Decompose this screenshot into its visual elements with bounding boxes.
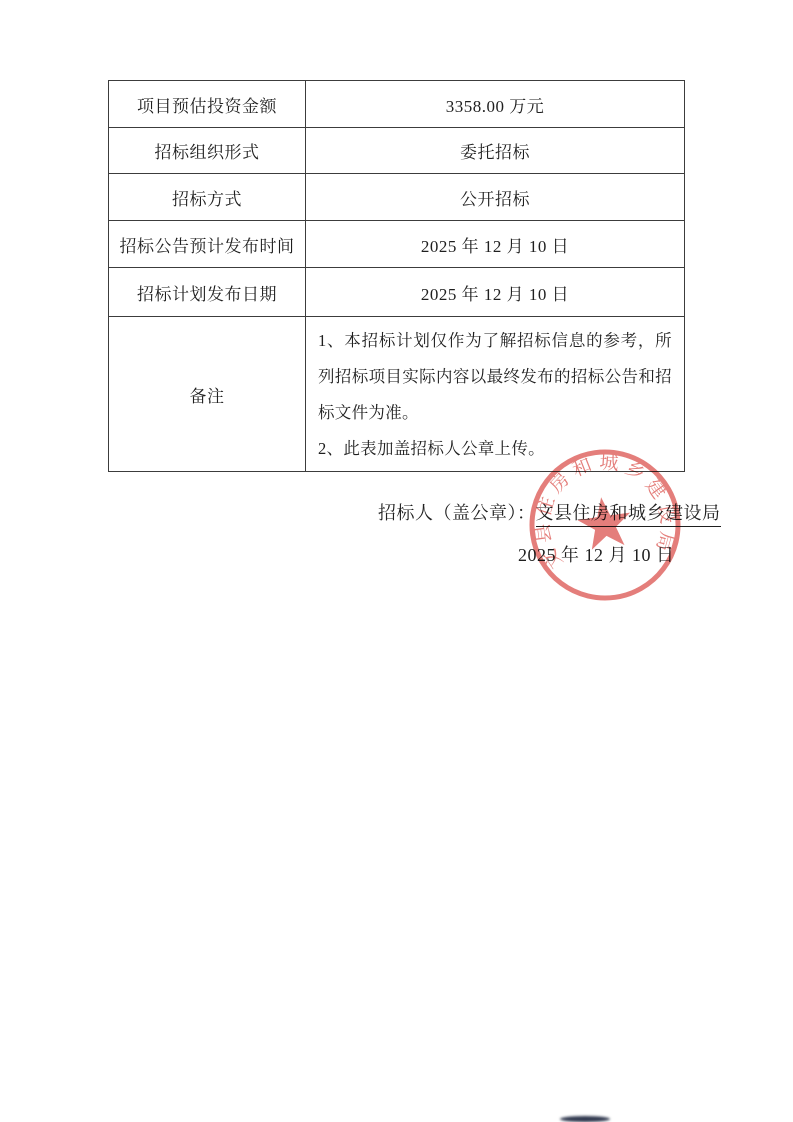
table-row: 招标方式 公开招标 — [109, 174, 685, 221]
row-value-estimated-investment: 3358.00 万元 — [306, 81, 685, 128]
row-value-remarks: 1、本招标计划仅作为了解招标信息的参考，所列招标项目实际内容以最终发布的招标公告… — [306, 317, 685, 472]
table-row: 招标组织形式 委托招标 — [109, 128, 685, 174]
tenderer-label: 招标人（盖公章）： — [378, 503, 536, 523]
scan-artifact-smudge — [560, 1116, 610, 1122]
table-row: 招标计划发布日期 2025 年 12 月 10 日 — [109, 268, 685, 317]
remark-note-1: 1、本招标计划仅作为了解招标信息的参考，所列招标项目实际内容以最终发布的招标公告… — [318, 323, 672, 431]
table-row: 项目预估投资金额 3358.00 万元 — [109, 81, 685, 128]
row-label-tender-method: 招标方式 — [109, 174, 306, 221]
row-label-estimated-investment: 项目预估投资金额 — [109, 81, 306, 128]
table-row: 招标公告预计发布时间 2025 年 12 月 10 日 — [109, 221, 685, 268]
signature-date: 2025 年 12 月 10 日 — [518, 541, 675, 567]
document-page: 项目预估投资金额 3358.00 万元 招标组织形式 委托招标 招标方式 公开招… — [0, 0, 793, 1122]
table-row: 备注 1、本招标计划仅作为了解招标信息的参考，所列招标项目实际内容以最终发布的招… — [109, 317, 685, 472]
row-label-remarks: 备注 — [109, 317, 306, 472]
row-label-plan-publish-date: 招标计划发布日期 — [109, 268, 306, 317]
tender-plan-table: 项目预估投资金额 3358.00 万元 招标组织形式 委托招标 招标方式 公开招… — [108, 80, 685, 472]
row-value-tender-method: 公开招标 — [306, 174, 685, 221]
tenderer-org-name: 文县住房和城乡建设局 — [536, 503, 721, 527]
row-value-announcement-date: 2025 年 12 月 10 日 — [306, 221, 685, 268]
row-label-announcement-date: 招标公告预计发布时间 — [109, 221, 306, 268]
remark-note-2: 2、此表加盖招标人公章上传。 — [318, 431, 672, 467]
row-value-plan-publish-date: 2025 年 12 月 10 日 — [306, 268, 685, 317]
tenderer-signature-line: 招标人（盖公章）：文县住房和城乡建设局 — [378, 499, 721, 525]
row-label-organization-form: 招标组织形式 — [109, 128, 306, 174]
row-value-organization-form: 委托招标 — [306, 128, 685, 174]
